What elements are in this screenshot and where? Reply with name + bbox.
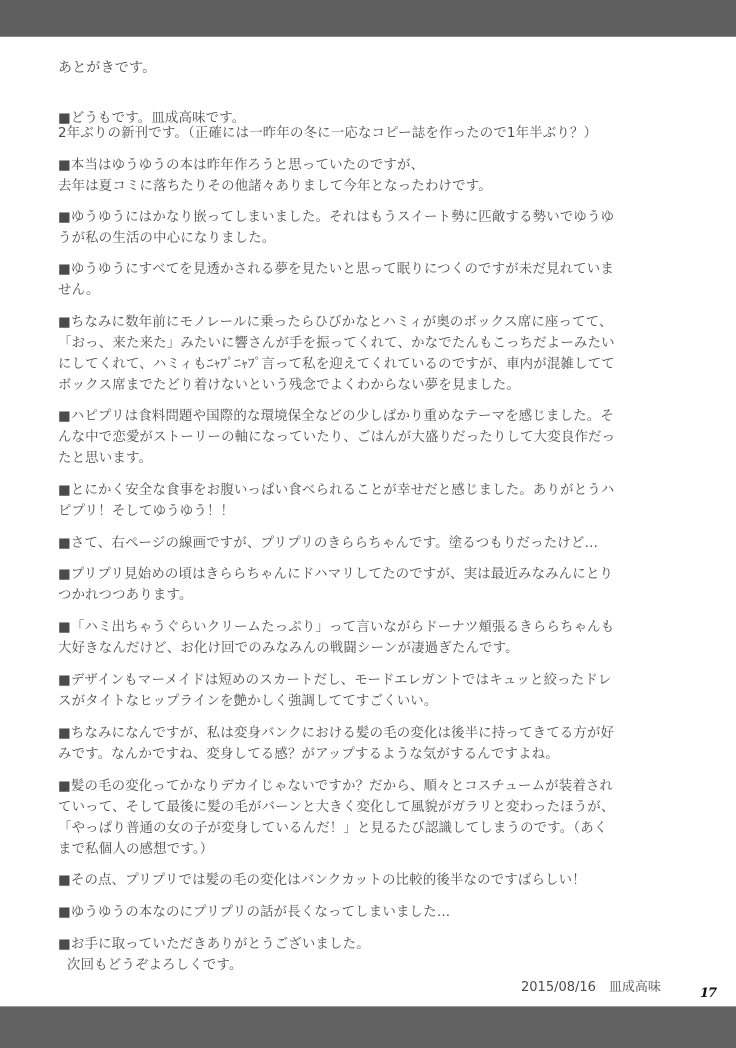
body-text-line: 2年ぶりの新刊です。（正確には一昨年の冬に一応なコピー誌を作ったので1年半ぶり？… bbox=[58, 125, 597, 143]
body-text-line: 「やっぱり普通の女の子が変身しているんだ！」と見るたび認識してしまうのです。（あ… bbox=[58, 820, 607, 838]
body-text-line: ■さて、右ページの線画ですが、プリプリのきららちゃんです。塗るつもりだったけど… bbox=[58, 535, 598, 553]
body-text-line: ■プリプリ見始めの頃はきららちゃんにドハマリしてたのですが、実は最近みなみんにと… bbox=[58, 566, 613, 584]
body-text-line: 去年は夏コミに落ちたりその他諸々ありまして今年となったわけです。 bbox=[58, 178, 492, 196]
body-text-line: ■ゆうゆうにすべてを見透かされる夢を見たいと思って眠りにつくのですが未だ見れてい… bbox=[58, 261, 614, 279]
body-text-line: にしてくれて、ハミィもﾆｬﾌﾟﾆｬﾌﾟ言って私を迎えてくれているのですが、車内が… bbox=[58, 356, 615, 374]
body-text-line: ■ちなみに数年前にモノレールに乗ったらひびかなとハミィが奥のボックス席に座ってて… bbox=[58, 314, 613, 332]
body-text-line: ■ゆうゆうの本なのにプリプリの話が長くなってしまいました… bbox=[58, 904, 450, 922]
page-number: 17 bbox=[700, 986, 716, 1001]
page-heading: あとがきです。 bbox=[58, 59, 156, 77]
body-text-line: ■ちなみになんですが、私は変身バンクにおける髪の毛の変化は後半に持ってきてる方が… bbox=[58, 725, 614, 743]
body-text-line: 「おっ、来た来た」みたいに響さんが手を振ってくれて、かなでたんもこっちだよーみた… bbox=[58, 335, 615, 353]
body-text-line: たと思います。 bbox=[58, 450, 152, 468]
body-text-line: ■「ハミ出ちゃうぐらいクリームたっぷり」って言いながらドーナツ頬張るきららちゃん… bbox=[58, 619, 614, 637]
body-text-line: ピプリ！そしてゆうゆう！！ bbox=[58, 503, 234, 521]
body-text-line: うが私の生活の中心になりました。 bbox=[58, 230, 275, 248]
body-text-line: 次回もどうぞよろしくです。 bbox=[67, 957, 243, 975]
body-text-line: せん。 bbox=[58, 282, 100, 300]
body-text-line: んな中で恋愛がストーリーの軸になっていたり、ごはんが大盛りだったりして大変良作だ… bbox=[58, 429, 615, 447]
body-text-line: ■本当はゆうゆうの本は昨年作ろうと思っていたのですが、 bbox=[58, 157, 424, 175]
date-signature: 2015/08/16 皿成高味 bbox=[521, 976, 661, 995]
body-text-line: ボックス席までたどり着けないという残念でよくわからない夢を見ました。 bbox=[58, 377, 520, 395]
scan-bottom-band bbox=[0, 1006, 736, 1048]
body-text-line: ていって、そして最後に髪の毛がバーンと大きく変化して風貌がガラリと変わったほうが… bbox=[58, 799, 615, 817]
body-text-line: ■ハピプリは食料問題や国際的な環境保全などの少しばかり重めなテーマを感じました。… bbox=[58, 408, 614, 426]
body-text-line: スがタイトなヒップラインを艶かしく強調しててすごくいい。 bbox=[58, 693, 437, 711]
body-text-line: 大好きなんだけど、お化け回でのみなみんの戦闘シーンが凄過ぎたんです。 bbox=[58, 640, 519, 658]
scan-top-band bbox=[0, 0, 736, 37]
body-text-line: まで私個人の感想です。） bbox=[58, 841, 213, 859]
body-text-line: ■とにかく安全な食事をお腹いっぱい食べられることが幸せだと感じました。ありがとう… bbox=[58, 482, 614, 500]
body-text-line: つかれつつあります。 bbox=[58, 587, 193, 605]
body-text-line: ■髪の毛の変化ってかなりデカイじゃないですか？だから、順々とコスチュームが装着さ… bbox=[58, 778, 613, 796]
body-text-line: ■その点、プリプリでは髪の毛の変化はバンクカットの比較的後半なのですばらしい！ bbox=[58, 872, 586, 890]
body-text-line: みです。なんかですね、変身してる感？がアップするような気がするんですよね。 bbox=[58, 746, 559, 764]
body-text-line: ■ゆうゆうにはかなり嵌ってしまいました。それはもうスイート勢に匹敵する勢いでゆう… bbox=[58, 209, 614, 227]
body-text-line: ■デザインもマーメイドは短めのスカートだし、モードエレガントではキュッと絞ったド… bbox=[58, 672, 612, 690]
body-text-line: ■お手に取っていただきありがとうございました。 bbox=[58, 936, 370, 954]
